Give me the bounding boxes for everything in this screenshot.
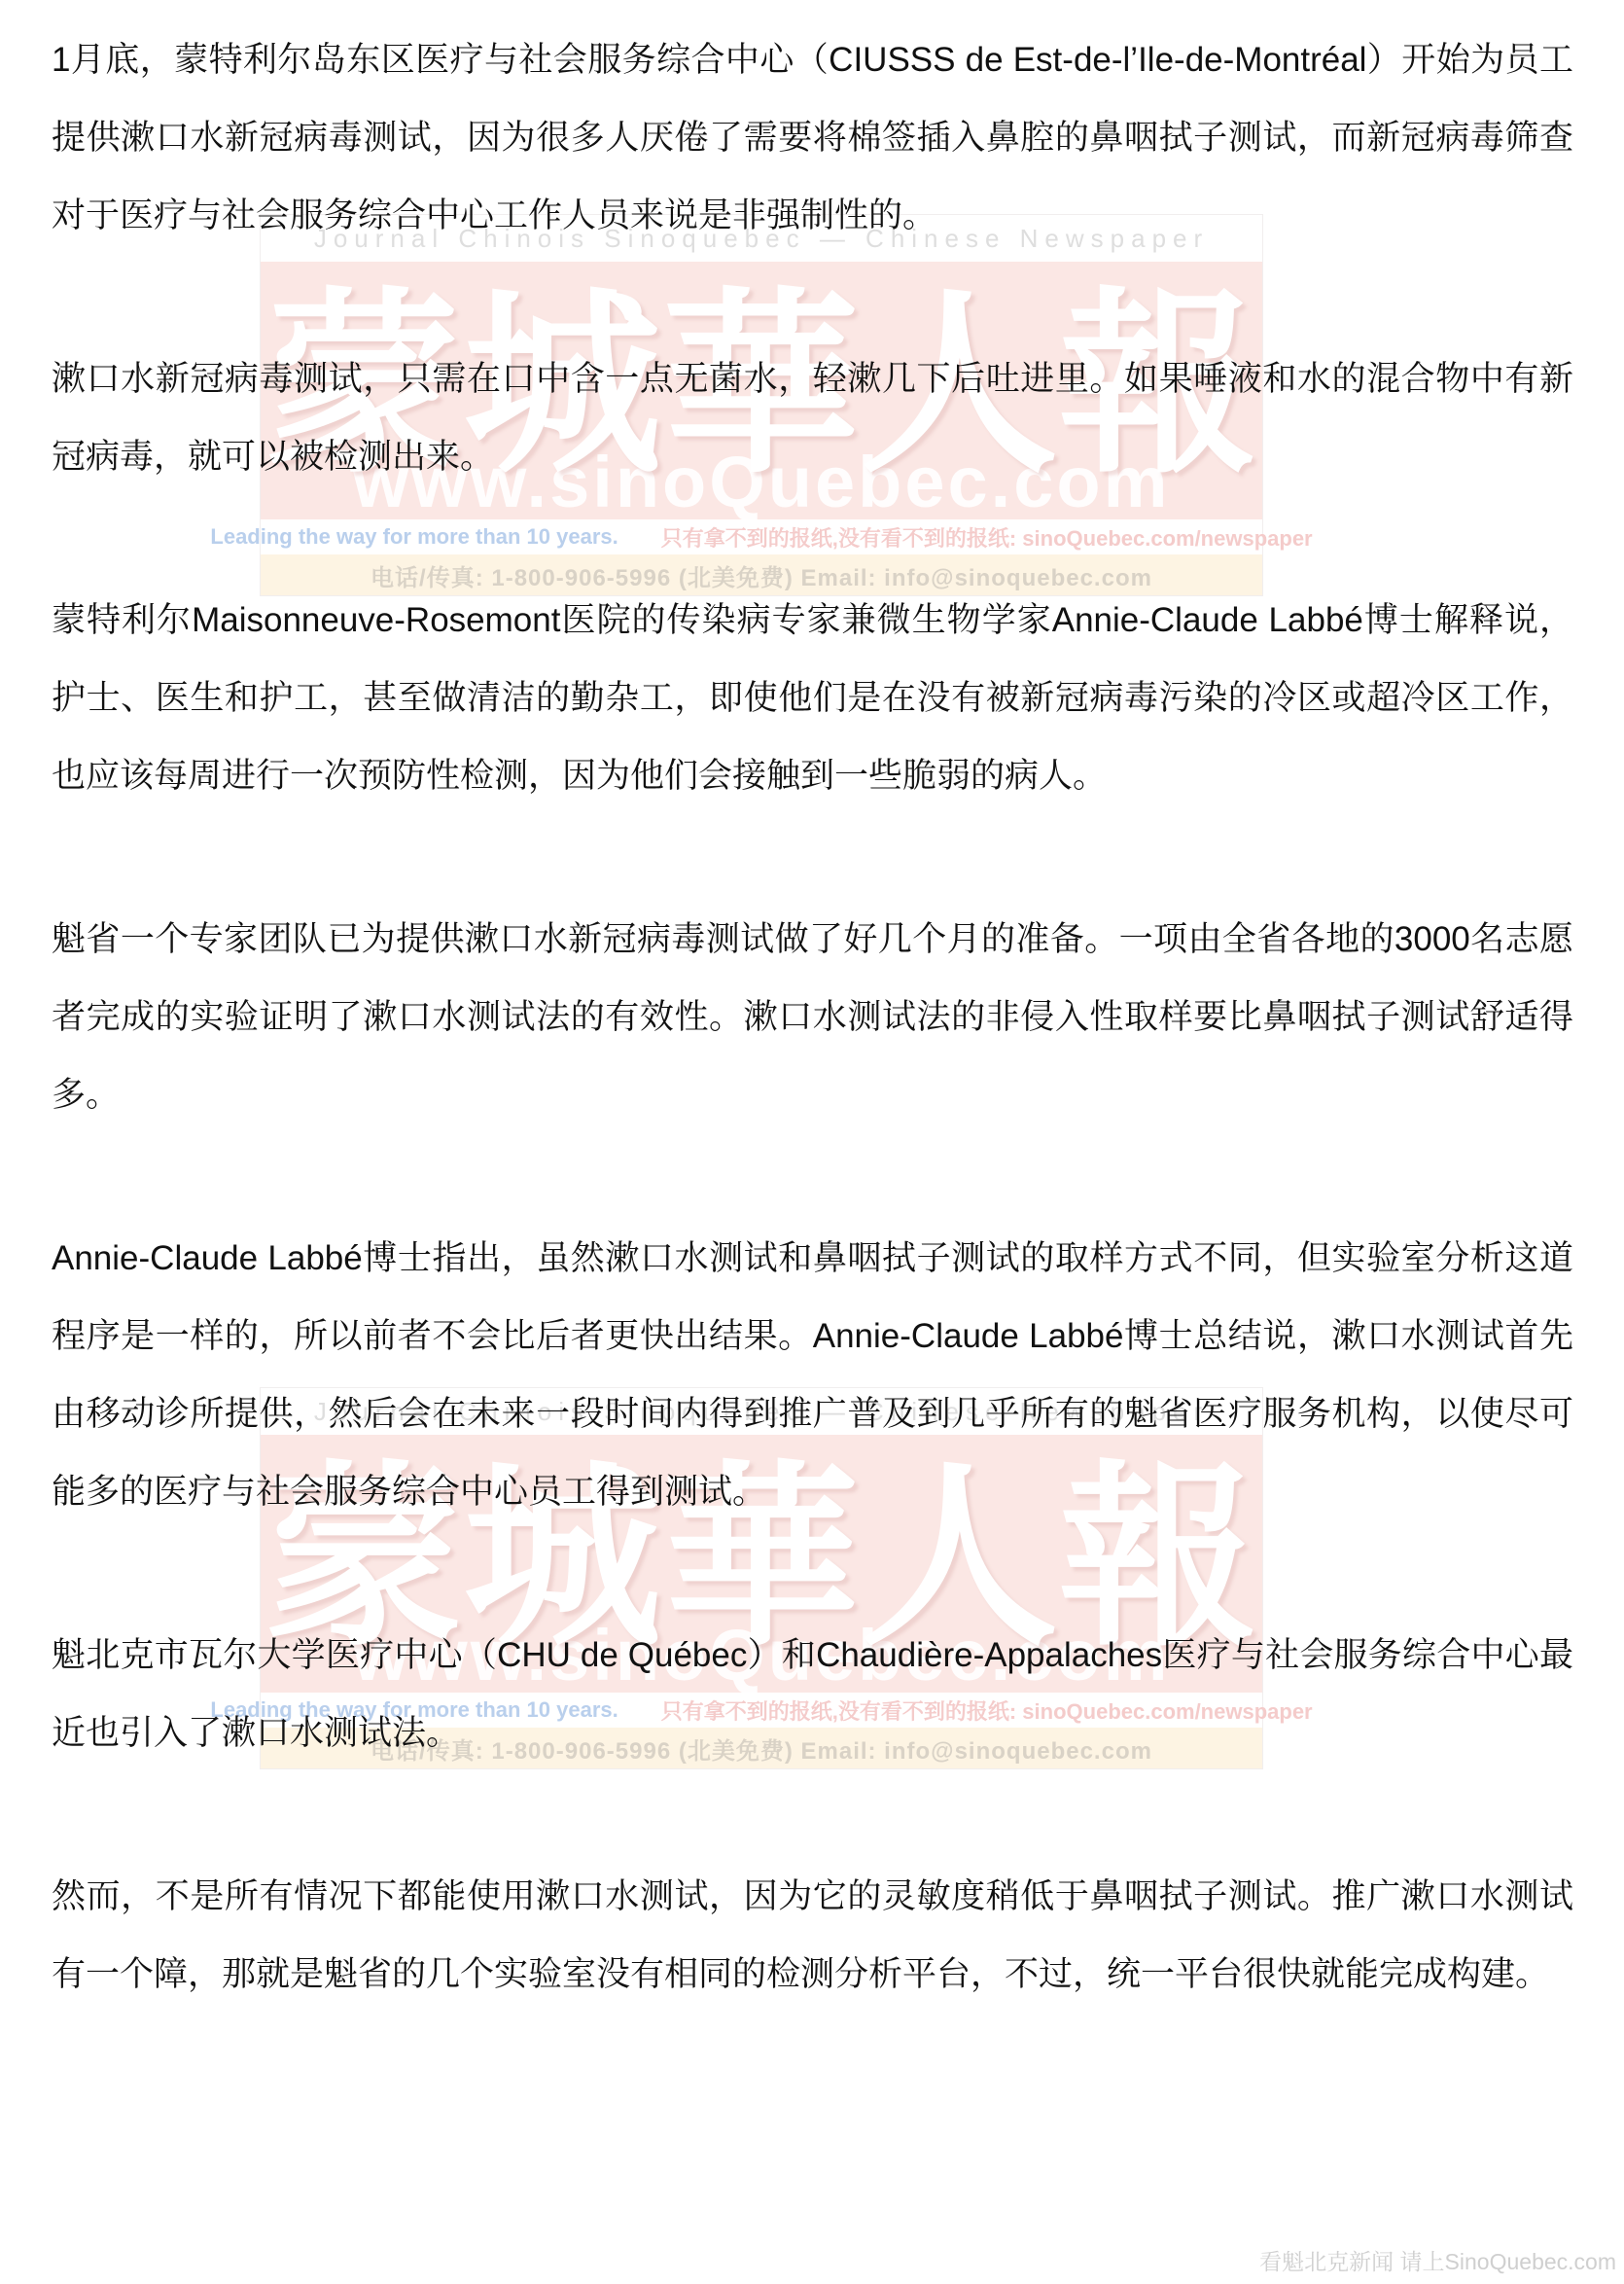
footer-credit: 看魁北克新闻 请上SinoQuebec.com [1259, 2244, 1616, 2276]
paragraph-4: 魁省一个专家团队已为提供漱口水新冠病毒测试做了好几个月的准备。一项由全省各地的3… [52, 901, 1573, 1134]
paragraph-7: 然而，不是所有情况下都能使用漱口水测试，因为它的灵敏度稍低于鼻咽拭子测试。推广漱… [52, 1858, 1573, 2014]
paragraph-1: 1月底，蒙特利尔岛东区医疗与社会服务综合中心（CIUSSS de Est-de-… [52, 21, 1573, 255]
paragraph-6: 魁北克市瓦尔大学医疗中心（CHU de Québec）和Chaudière-Ap… [52, 1617, 1573, 1772]
article-page: Journal Chinois Sinoquebec — Chinese New… [0, 0, 1624, 2284]
article-body: 1月底，蒙特利尔岛东区医疗与社会服务综合中心（CIUSSS de Est-de-… [52, 0, 1573, 2099]
paragraph-2: 漱口水新冠病毒测试，只需在口中含一点无菌水，轻漱几下后吐进里。如果唾液和水的混合… [52, 340, 1573, 496]
paragraph-3: 蒙特利尔Maisonneuve-Rosemont医院的传染病专家兼微生物学家An… [52, 582, 1573, 815]
paragraph-5: Annie-Claude Labbé博士指出，虽然漱口水测试和鼻咽拭子测试的取样… [52, 1220, 1573, 1531]
